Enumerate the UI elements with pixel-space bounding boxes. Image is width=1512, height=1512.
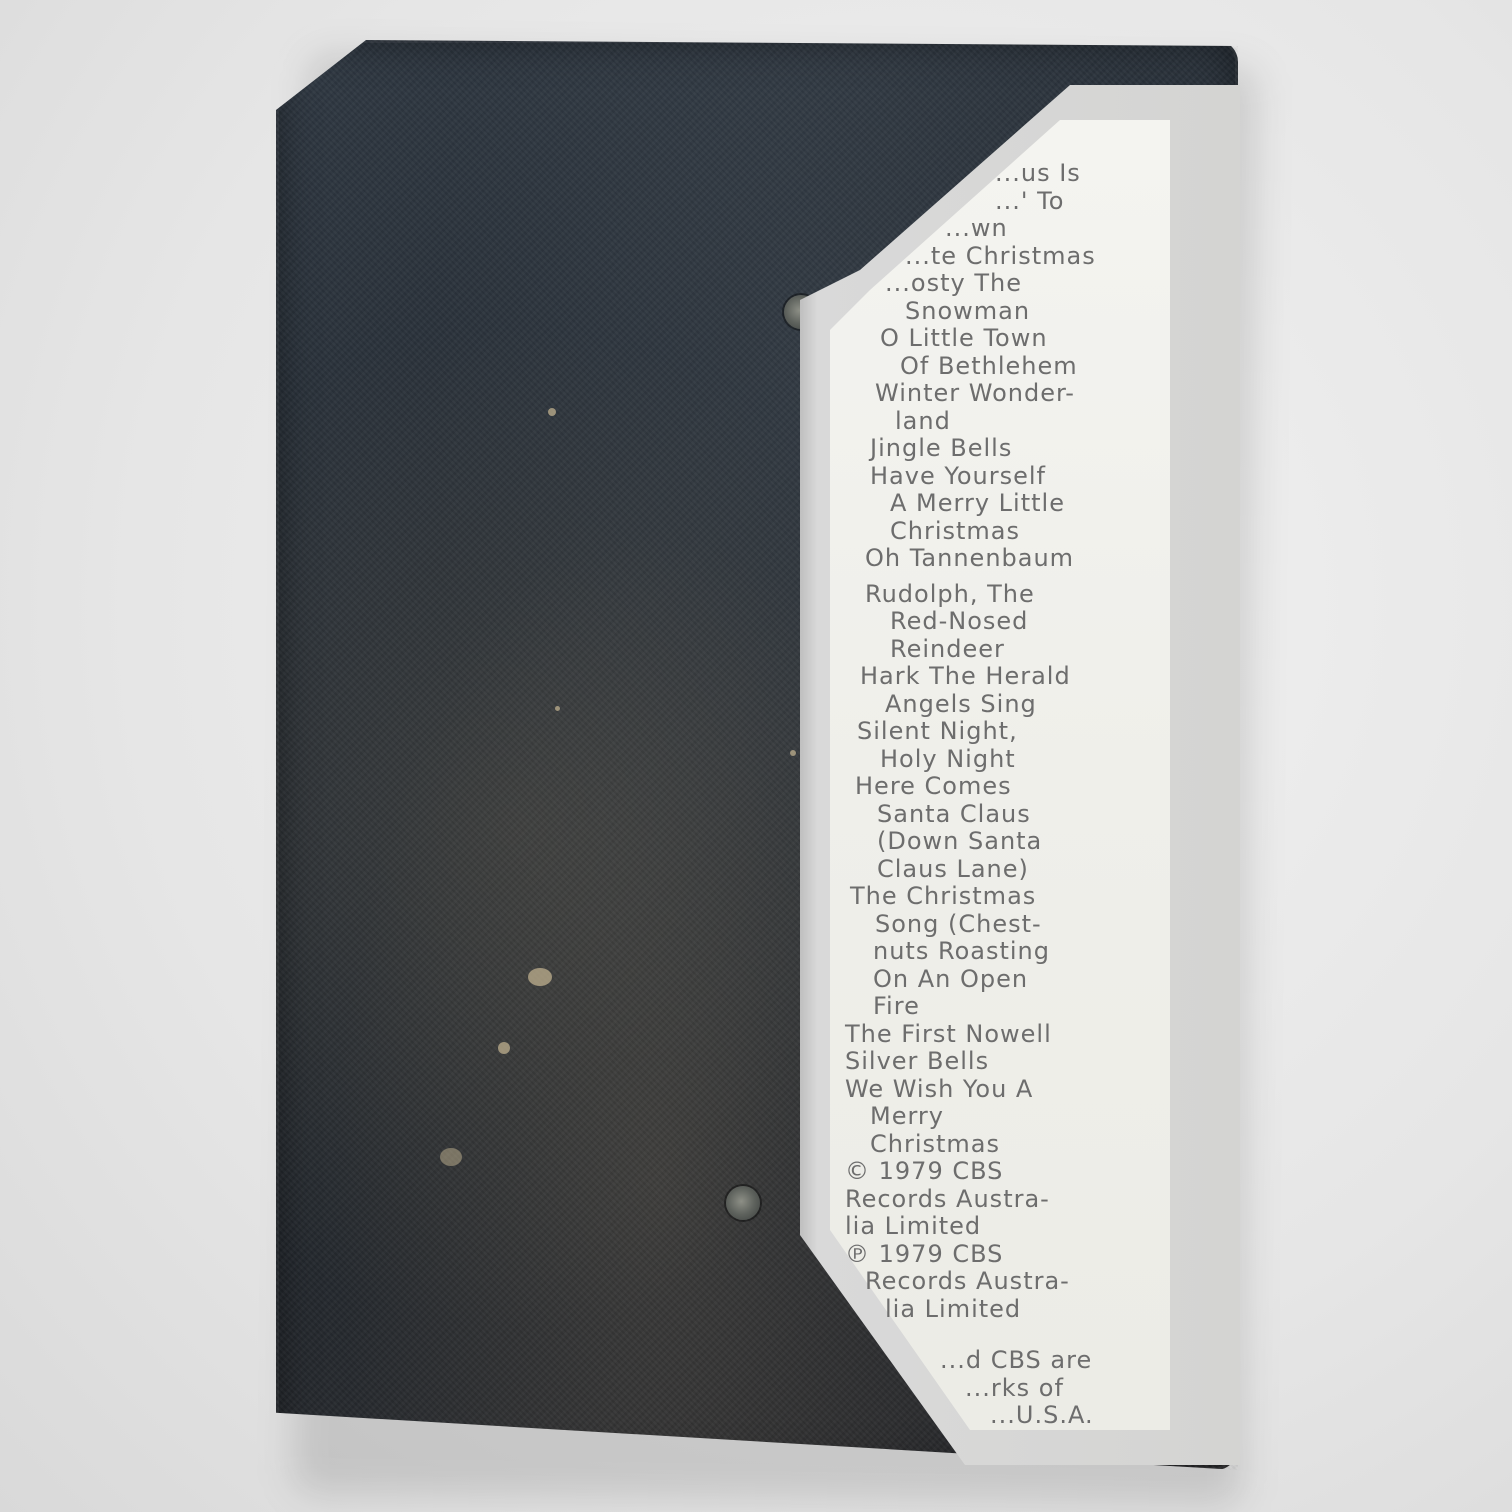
track-line: Silver Bells: [845, 1048, 1165, 1076]
dust-speck: [498, 1042, 510, 1054]
track-line: land: [845, 408, 1165, 436]
dust-speck: [548, 408, 556, 416]
track-line: Claus Lane): [845, 856, 1165, 884]
copyright-line: ℗ 1979 CBS: [845, 1241, 1165, 1269]
copyright-line: lia Limited: [845, 1296, 1165, 1324]
copyright-line: © 1979 CBS: [845, 1158, 1165, 1186]
track-line: Silent Night,: [845, 718, 1165, 746]
track-line: Reindeer: [845, 636, 1165, 664]
track-line: Christmas: [845, 1131, 1165, 1159]
track-line: ...us Is: [845, 160, 1165, 188]
photo-scene: ...us Is ...' To ...wn ...te Christmas .…: [0, 0, 1512, 1512]
track-line: Oh Tannenbaum: [845, 545, 1165, 573]
copyright-line: Records Austra-: [845, 1268, 1165, 1296]
track-line: ...osty The: [845, 270, 1165, 298]
track-line: nuts Roasting: [845, 938, 1165, 966]
trademark-line: ...U.S.A.: [845, 1402, 1165, 1430]
trademark-line: ...d CBS are: [845, 1347, 1165, 1375]
copyright-line: Records Austra-: [845, 1186, 1165, 1214]
track-line: (Down Santa: [845, 828, 1165, 856]
track-line: The First Nowell: [845, 1021, 1165, 1049]
track-line: O Little Town: [845, 325, 1165, 353]
track-line: Fire: [845, 993, 1165, 1021]
track-line: Red-Nosed: [845, 608, 1165, 636]
track-line: Here Comes: [845, 773, 1165, 801]
track-line: The Christmas: [845, 883, 1165, 911]
track-line: Winter Wonder-: [845, 380, 1165, 408]
track-line: A Merry Little: [845, 490, 1165, 518]
track-line: Santa Claus: [845, 801, 1165, 829]
copyright-line: lia Limited: [845, 1213, 1165, 1241]
dust-speck: [528, 968, 552, 986]
track-line: On An Open: [845, 966, 1165, 994]
dust-speck: [440, 1148, 462, 1166]
track-line: Hark The Herald: [845, 663, 1165, 691]
track-line: ...te Christmas: [845, 243, 1165, 271]
dust-speck: [555, 706, 560, 711]
track-line: We Wish You A: [845, 1076, 1165, 1104]
track-line: ...' To: [845, 188, 1165, 216]
track-line: Jingle Bells: [845, 435, 1165, 463]
track-line: Snowman: [845, 298, 1165, 326]
track-line: Christmas: [845, 518, 1165, 546]
track-line: Of Bethlehem: [845, 353, 1165, 381]
track-line: Holy Night: [845, 746, 1165, 774]
track-line: Song (Chest-: [845, 911, 1165, 939]
track-list: ...us Is ...' To ...wn ...te Christmas .…: [845, 160, 1165, 1430]
track-line: Merry: [845, 1103, 1165, 1131]
dust-speck: [790, 750, 796, 756]
track-line: Angels Sing: [845, 691, 1165, 719]
screw-bottom: [726, 1186, 760, 1220]
trademark-line: ...rks of: [845, 1375, 1165, 1403]
track-line: ...wn: [845, 215, 1165, 243]
track-line: Have Yourself: [845, 463, 1165, 491]
track-line: Rudolph, The: [845, 581, 1165, 609]
